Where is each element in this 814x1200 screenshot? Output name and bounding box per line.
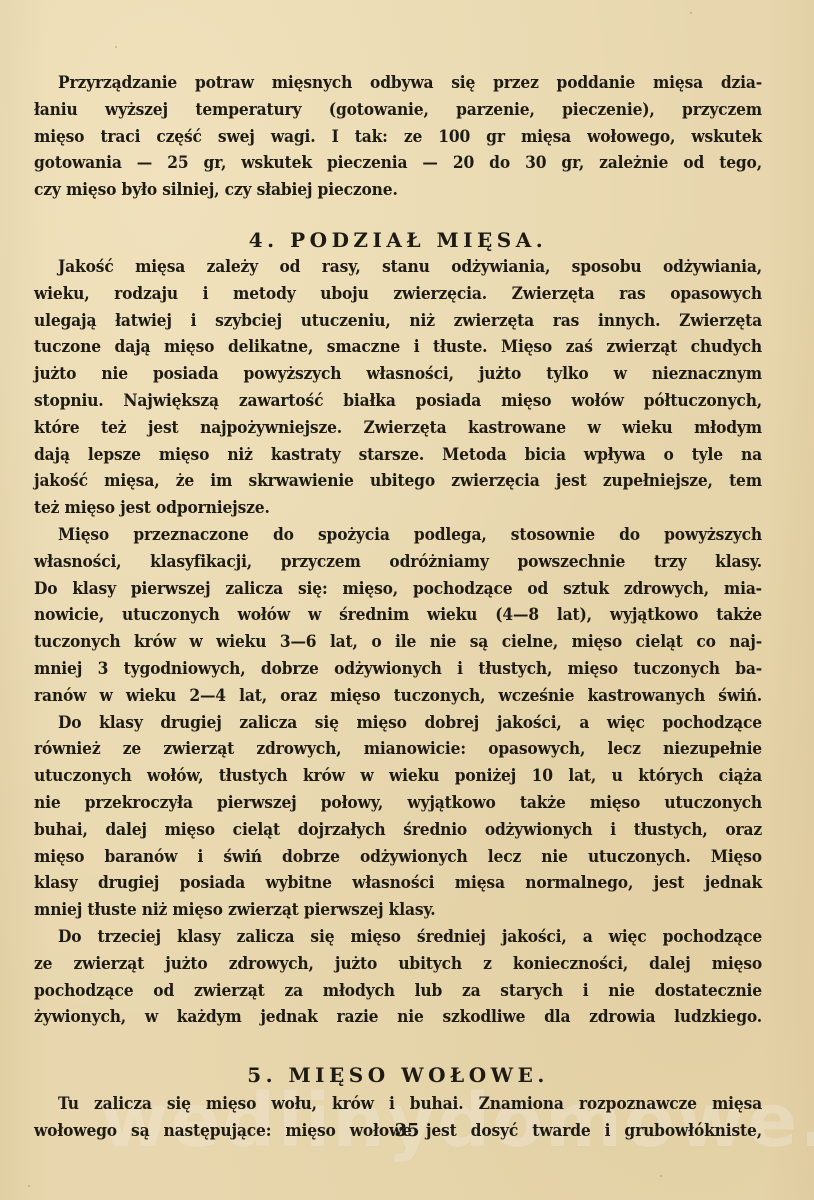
text-line: jużto nie posiada powyższych własności, … (34, 361, 762, 388)
paper-speck (28, 1185, 30, 1187)
paragraph-first-class: Mięso przeznaczone do spożycia podlega, … (34, 522, 762, 710)
paper-speck (115, 46, 117, 48)
text-line: mniej tłuste niż mięso zwierząt pierwsze… (34, 897, 762, 924)
text-line: tuczone dają mięso delikatne, smaczne i … (34, 334, 762, 361)
text-line: żywionych, w każdym jednak razie nie szk… (34, 1004, 762, 1031)
text-line: czy mięso było silniej, czy słabiej piec… (34, 177, 762, 204)
page-number: 35 (0, 1120, 814, 1141)
text-line: buhai, dalej mięso cieląt dojrzałych śre… (34, 817, 762, 844)
book-page: Przyrządzanie potraw mięsnych odbywa się… (34, 70, 762, 1145)
section-heading-mieso-wolowe: 5. MIĘSO WOŁOWE. (34, 1061, 762, 1089)
text-line: stopniu. Największą zawartość białka pos… (34, 388, 762, 415)
text-line: Przyrządzanie potraw mięsnych odbywa się… (34, 70, 762, 97)
text-line: ze zwierząt jużto zdrowych, jużto ubityc… (34, 951, 762, 978)
paper-speck (660, 1175, 662, 1177)
text-line: mięso baranów i świń dobrze odżywionych … (34, 844, 762, 871)
text-line: nie przekroczyła pierwszej połowy, wyjąt… (34, 790, 762, 817)
text-line: wieku, rodzaju i metody uboju zwierzęcia… (34, 281, 762, 308)
paragraph-third-class: Do trzeciej klasy zalicza się mięso śred… (34, 924, 762, 1031)
text-line: Tu zalicza się mięso wołu, krów i buhai.… (34, 1091, 762, 1118)
text-line: nowicie, utuczonych wołów w średnim wiek… (34, 602, 762, 629)
text-line: ulegają łatwiej i szybciej utuczeniu, ni… (34, 308, 762, 335)
text-line: utuczonych wołów, tłustych krów w wieku … (34, 763, 762, 790)
text-line: również ze zwierząt zdrowych, mianowicie… (34, 736, 762, 763)
text-line: Do klasy drugiej zalicza się mięso dobre… (34, 710, 762, 737)
text-line: tuczonych krów w wieku 3—6 lat, o ile ni… (34, 629, 762, 656)
text-line: Mięso przeznaczone do spożycia podlega, … (34, 522, 762, 549)
text-line: jakość mięsa, że im skrwawienie ubitego … (34, 468, 762, 495)
text-line: które też jest najpożywniejsze. Zwierzęt… (34, 415, 762, 442)
text-line: łaniu wyższej temperatury (gotowanie, pa… (34, 97, 762, 124)
text-line: własności, klasyfikacji, przyczem odróżn… (34, 549, 762, 576)
paragraph-meat-quality: Jakość mięsa zależy od rasy, stanu odżyw… (34, 254, 762, 522)
text-line: pochodzące od zwierząt za młodych lub za… (34, 978, 762, 1005)
text-line: Do trzeciej klasy zalicza się mięso śred… (34, 924, 762, 951)
text-line: Jakość mięsa zależy od rasy, stanu odżyw… (34, 254, 762, 281)
text-line: gotowania — 25 gr, wskutek pieczenia — 2… (34, 150, 762, 177)
text-line: ranów w wieku 2—4 lat, oraz mięso tuczon… (34, 683, 762, 710)
intro-paragraph: Przyrządzanie potraw mięsnych odbywa się… (34, 70, 762, 204)
section-heading-podzial-miesa: 4. PODZIAŁ MIĘSA. (34, 226, 762, 254)
text-line: klasy drugiej posiada wybitne własności … (34, 870, 762, 897)
paper-speck (690, 12, 692, 14)
paragraph-second-class: Do klasy drugiej zalicza się mięso dobre… (34, 710, 762, 924)
text-line: mniej 3 tygodniowych, dobrze odżywionych… (34, 656, 762, 683)
text-line: też mięso jest odporniejsze. (34, 495, 762, 522)
text-line: Do klasy pierwszej zalicza się: mięso, p… (34, 576, 762, 603)
text-line: dają lepsze mięso niż kastraty starsze. … (34, 442, 762, 469)
text-line: mięso traci część swej wagi. I tak: ze 1… (34, 124, 762, 151)
